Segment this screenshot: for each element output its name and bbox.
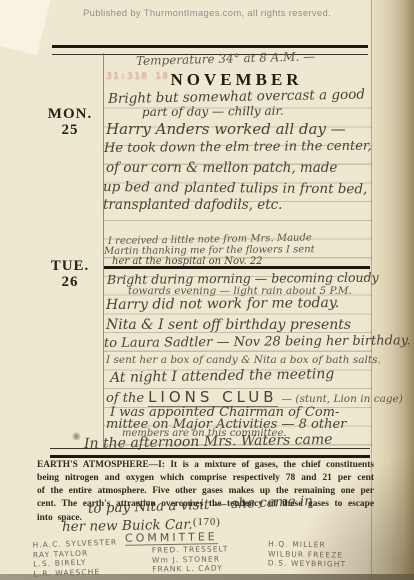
page-number: (170) bbox=[193, 517, 221, 528]
mon-entry-line: He took down the elm tree in the center, bbox=[104, 139, 372, 156]
tue-entry-line: Harry did not work for me today. bbox=[106, 295, 339, 313]
mon-entry-line: of our corn & mellon patch, made bbox=[106, 160, 337, 176]
tue-entry-line: Nita & I sent off birthday presents bbox=[106, 317, 351, 333]
scanned-diary-page: { "watermark": "Published by ThurmontIma… bbox=[0, 0, 414, 580]
day-number-26: 26 bbox=[38, 274, 102, 291]
committee-column-2: FRED. TRESSELT Wm J. STONER FRANK L. CAD… bbox=[152, 544, 229, 574]
pencil-doodle-circle: ◉ bbox=[72, 431, 81, 442]
lions-prefix: of the bbox=[106, 391, 144, 406]
tue-entry-line: to Laura Sadtler — Nov 28 being her birt… bbox=[104, 333, 411, 351]
overlay-handwriting-line: her new Buick Car. bbox=[62, 517, 193, 535]
day-label-tue: TUE. bbox=[38, 258, 102, 275]
mon-entry-line: up bed and planted tulips in front bed, bbox=[103, 179, 368, 197]
day-number-25: 25 bbox=[38, 122, 102, 139]
committee-column-3: H.Q. MILLER WILBUR FREEZE D.S. WEYBRIGHT bbox=[268, 539, 347, 569]
lions-suffix: — (stunt, Lion in cage) bbox=[282, 393, 403, 405]
committee-name: FRANK L. CADY bbox=[152, 564, 229, 575]
tue-note-line: her at the hospital on Nov. 22 bbox=[112, 256, 263, 267]
tue-entry-line: I sent her a box of candy & Nita a box o… bbox=[106, 354, 381, 366]
faded-date-stamp: 31:318 18 bbox=[106, 71, 169, 82]
mon-entry-line: part of day — chilly air. bbox=[142, 104, 284, 119]
bottom-double-rule bbox=[50, 448, 370, 458]
mon-entry-line: transplanted dafodils, etc. bbox=[103, 197, 282, 213]
committee-column-1: H.A.C. SYLVESTER RAY TAYLOR L.S. BIRELY … bbox=[32, 538, 118, 579]
mon-entry-line: Harry Anders worked all day — bbox=[106, 120, 346, 138]
watermark-text: Published by ThurmontImages.com, all rig… bbox=[0, 8, 414, 19]
committee-name: D.S. WEYBRIGHT bbox=[268, 559, 347, 570]
day-label-mon: MON. bbox=[38, 106, 102, 123]
